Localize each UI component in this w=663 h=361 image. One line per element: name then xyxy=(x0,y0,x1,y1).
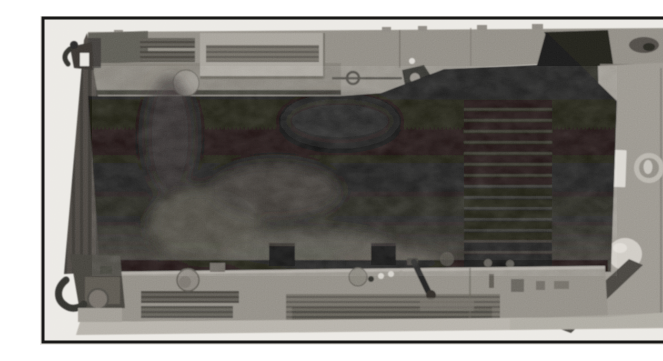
photo-canvas xyxy=(40,16,663,345)
mottle-overlay xyxy=(92,66,617,276)
bw-photograph xyxy=(40,16,663,345)
